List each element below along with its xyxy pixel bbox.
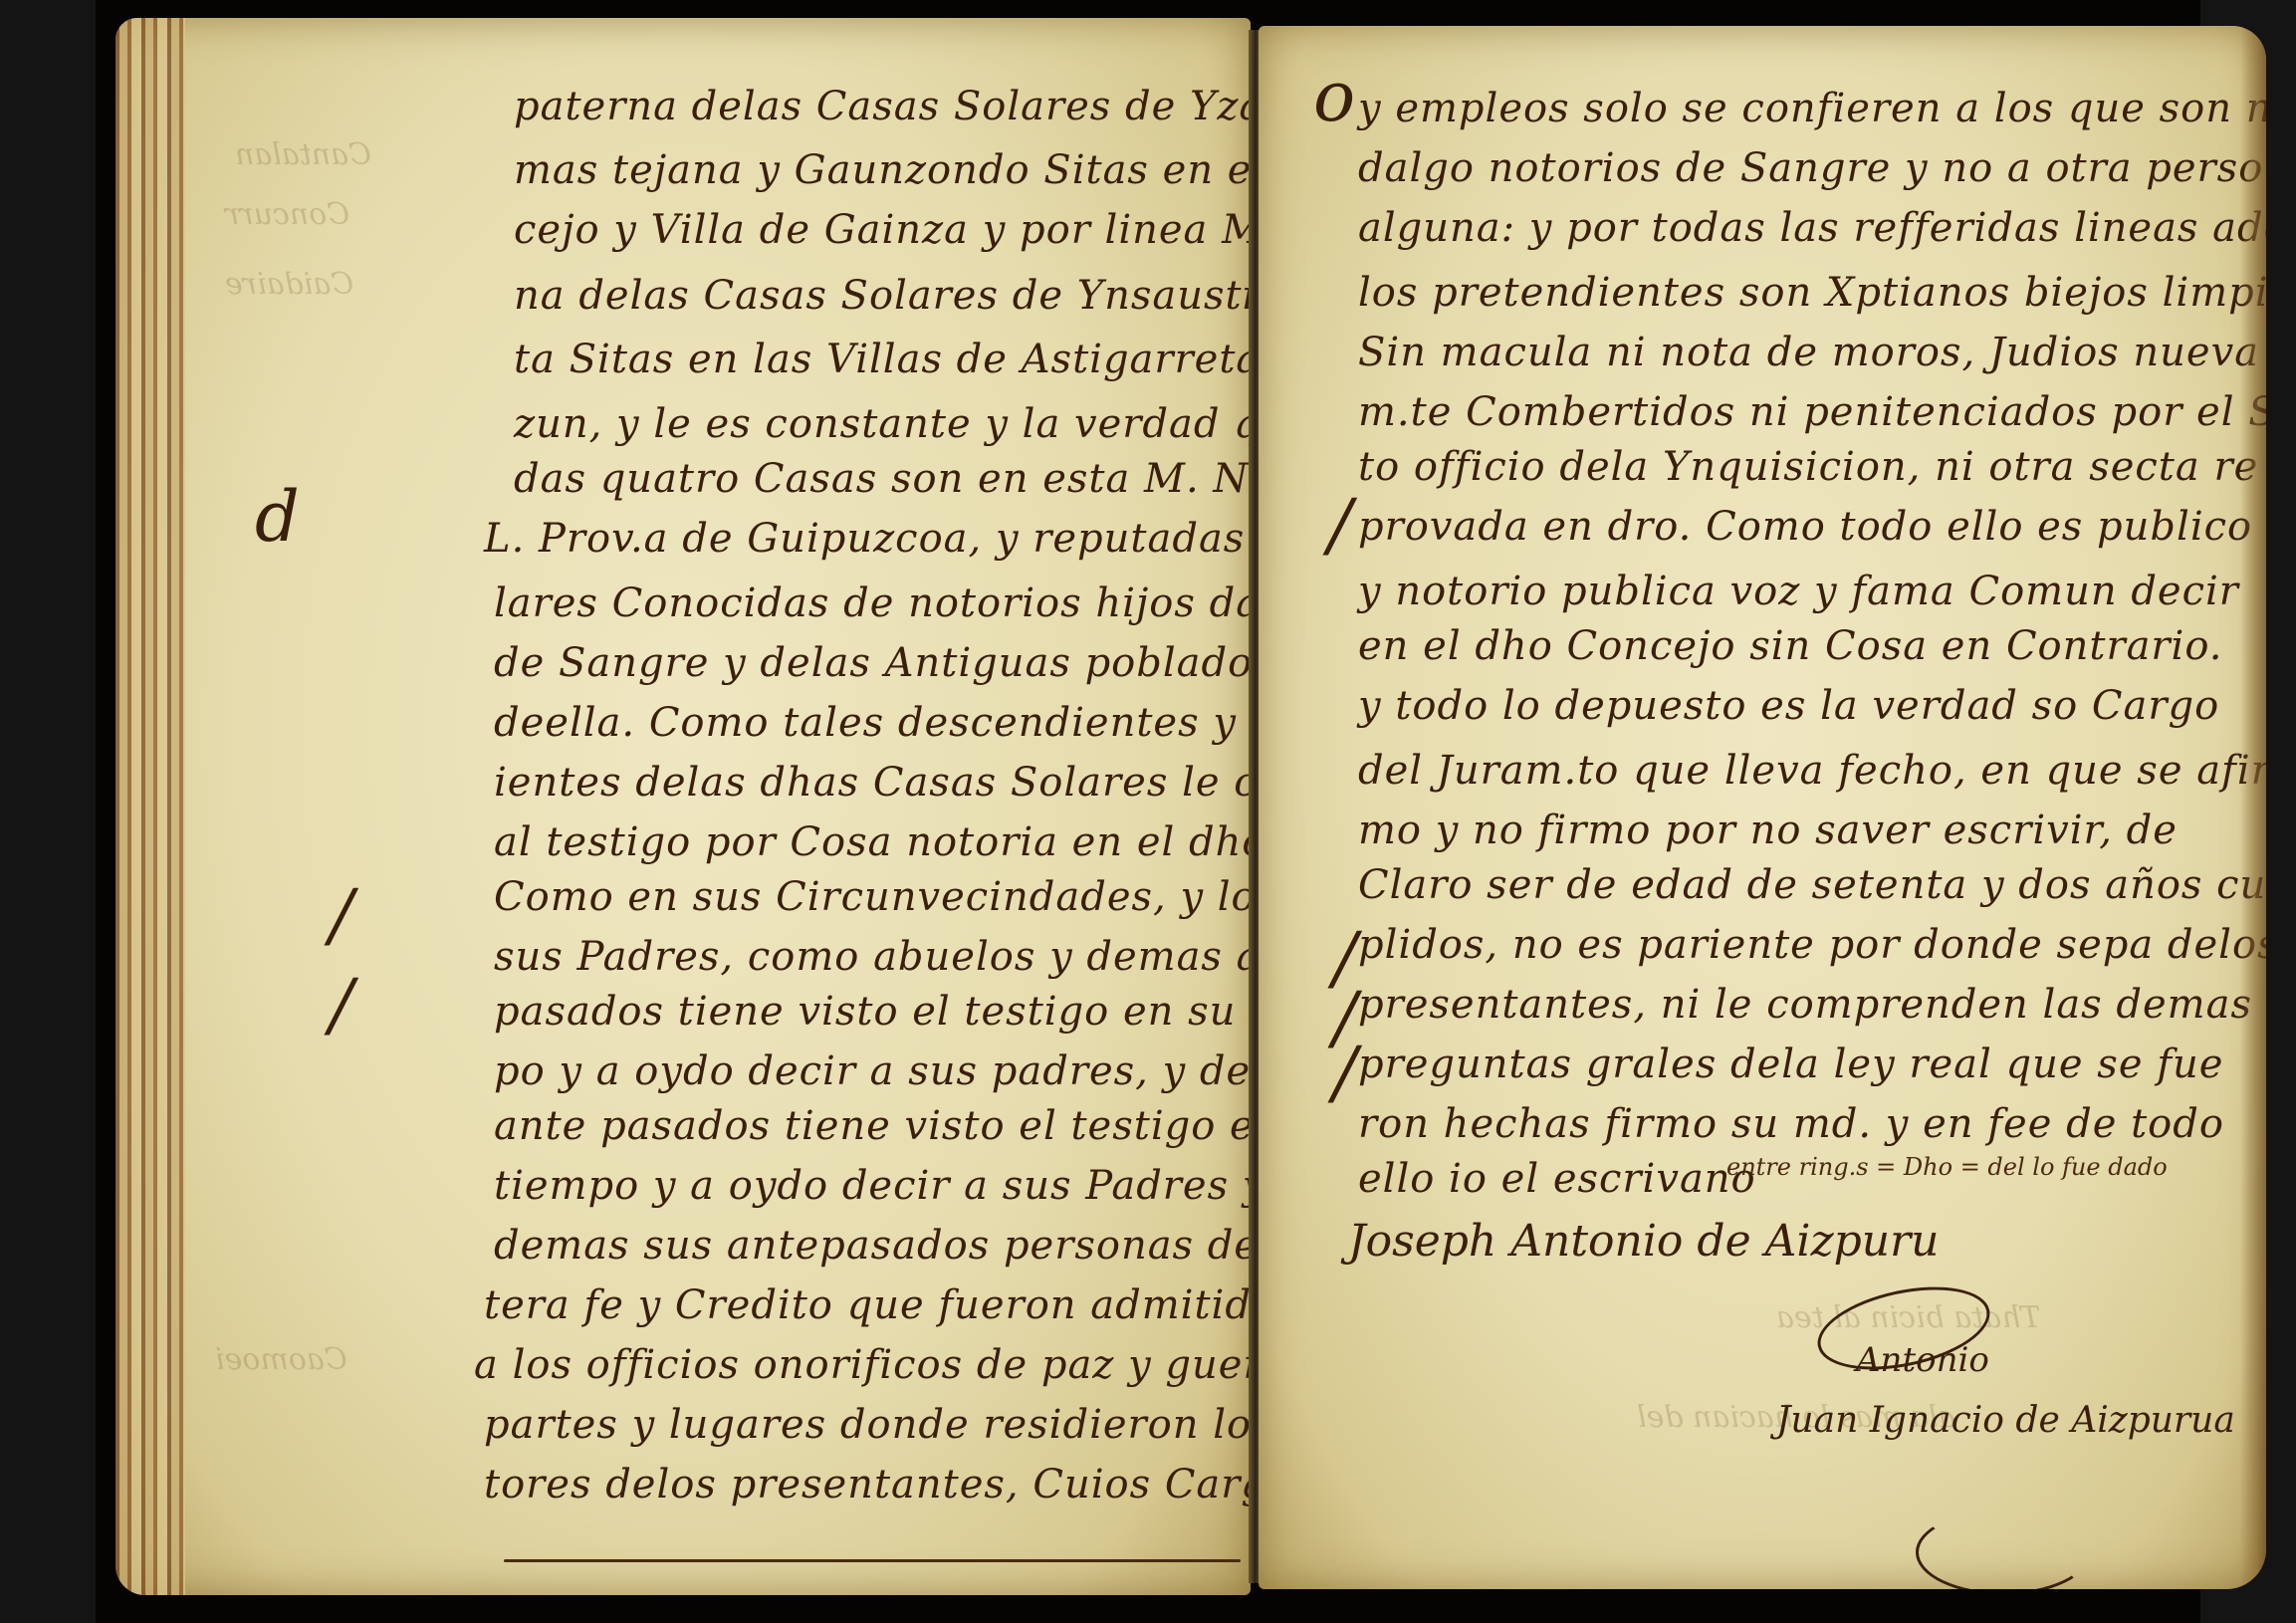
manuscript-line: ientes delas dhas Casas Solares le const…: [494, 760, 1251, 806]
manuscript-line: Claro ser de edad de setenta y dos años …: [1358, 862, 2266, 908]
manuscript-line: tiempo y a oydo decir a sus Padres y: [494, 1163, 1251, 1209]
margin-mark: /: [330, 874, 353, 956]
signature-rubric: [1916, 1509, 2091, 1589]
bleed-through-text: Cantalan: [235, 137, 371, 172]
manuscript-line: en el dho Concejo sin Cosa en Contrario.: [1358, 623, 2222, 669]
manuscript-line: y empleos solo se confieren a los que so…: [1358, 86, 2266, 131]
manuscript-line: al testigo por Cosa notoria en el dho Co…: [494, 819, 1251, 865]
manuscript-line: to officio dela Ynquisicion, ni otra sec…: [1358, 444, 2258, 490]
manuscript-line: y notorio publica voz y fama Comun decir: [1358, 569, 2239, 614]
manuscript-line: del Juram.to que lleva fecho, en que se …: [1358, 748, 2266, 794]
right-page: Thata bicin al tea ala mas lo hacian del…: [1259, 26, 2266, 1589]
margin-mark: /: [1333, 1032, 1357, 1113]
manuscript-line: das quatro Casas son en esta M. N. y M. …: [514, 456, 1251, 502]
manuscript-line: deella. Como tales descendientes y depen…: [494, 700, 1251, 746]
manuscript-line: L. Prov.a de Guipuzcoa, y reputadas por …: [484, 516, 1251, 562]
manuscript-line: de Sangre y delas Antiguas pobladoras: [494, 640, 1251, 686]
manuscript-line: Sin macula ni nota de moros, Judios nuev…: [1358, 330, 2259, 375]
manuscript-line: po y a oydo decir a sus padres, y demas …: [494, 1048, 1251, 1094]
manuscript-line: m.te Combertidos ni penitenciados por el…: [1358, 389, 2266, 435]
manuscript-line: demas sus antepasados personas de en: [494, 1223, 1251, 1269]
manuscript-line: preguntas grales dela ley real que se fu…: [1358, 1042, 2223, 1087]
bleed-through-text: Concurr: [225, 197, 349, 232]
left-page: Cantalan Concurr Caidaire Caomoei d / / …: [115, 18, 1251, 1595]
interlinear-note: entre ring.s = Dho = del lo fue dado: [1726, 1153, 2168, 1181]
manuscript-line: ante pasados tiene visto el testigo en s…: [494, 1103, 1251, 1149]
manuscript-line: plidos, no es pariente por donde sepa de…: [1358, 922, 2266, 968]
official-signature-2: Juan Ignacio de Aizpurua: [1776, 1400, 2235, 1441]
scan-background: Cantalan Concurr Caidaire Caomoei d / / …: [96, 0, 2200, 1623]
official-signature-1: Antonio: [1856, 1340, 1989, 1380]
manuscript-line: tores delos presentantes, Cuios Cargos: [484, 1462, 1251, 1507]
manuscript-line: dalgo notorios de Sangre y no a otra per…: [1358, 145, 2266, 191]
manuscript-line: na delas Casas Solares de Ynsausti y Yur…: [514, 273, 1251, 319]
manuscript-line: Como en sus Circunvecindades, y los dhos: [494, 874, 1251, 920]
manuscript-line: provada en dro. Como todo ello es public…: [1358, 504, 2252, 550]
manuscript-line: ta Sitas en las Villas de Astigarreta, y…: [514, 337, 1251, 382]
bleed-through-text: Caidaire: [225, 267, 353, 302]
manuscript-line: mas tejana y Gaunzondo Sitas en el Dho C…: [514, 147, 1251, 193]
bleed-through-text: Caomoei: [215, 1342, 347, 1377]
manuscript-line: ello io el escrivano: [1358, 1156, 1756, 1202]
manuscript-line: sus Padres, como abuelos y demas ante: [494, 934, 1251, 980]
manuscript-line: alguna: y por todas las refferidas linea…: [1358, 205, 2266, 251]
manuscript-line: los pretendientes son Xptianos biejos li…: [1358, 270, 2266, 316]
manuscript-line: cejo y Villa de Gainza y por linea Mater…: [514, 207, 1251, 253]
manuscript-line: mo y no firmo por no saver escrivir, de: [1358, 808, 2178, 853]
closing-rule: [504, 1559, 1241, 1562]
margin-mark: /: [1328, 484, 1352, 566]
manuscript-line: y todo lo depuesto es la verdad so Cargo: [1358, 683, 2219, 729]
manuscript-line: a los officios onorificos de paz y guerr…: [474, 1342, 1251, 1388]
manuscript-line: lares Conocidas de notorios hijos dalgo: [494, 580, 1251, 626]
manuscript-line: partes y lugares donde residieron los au: [484, 1402, 1251, 1448]
margin-mark: /: [330, 964, 353, 1045]
manuscript-line: presentantes, ni le comprenden las demas: [1358, 982, 2252, 1028]
witness-signature: Joseph Antonio de Aizpuru: [1348, 1216, 1940, 1267]
manuscript-line: zun, y le es constante y la verdad que l…: [514, 401, 1251, 447]
margin-mark: o: [1313, 56, 1355, 137]
manuscript-line: pasados tiene visto el testigo en su tie…: [494, 989, 1251, 1035]
margin-mark: d: [255, 476, 300, 558]
manuscript-line: paterna delas Casas Solares de Yzaguirre…: [514, 84, 1251, 129]
manuscript-line: tera fe y Credito que fueron admitidos: [484, 1282, 1251, 1328]
manuscript-line: ron hechas firmo su md. y en fee de todo: [1358, 1101, 2224, 1147]
